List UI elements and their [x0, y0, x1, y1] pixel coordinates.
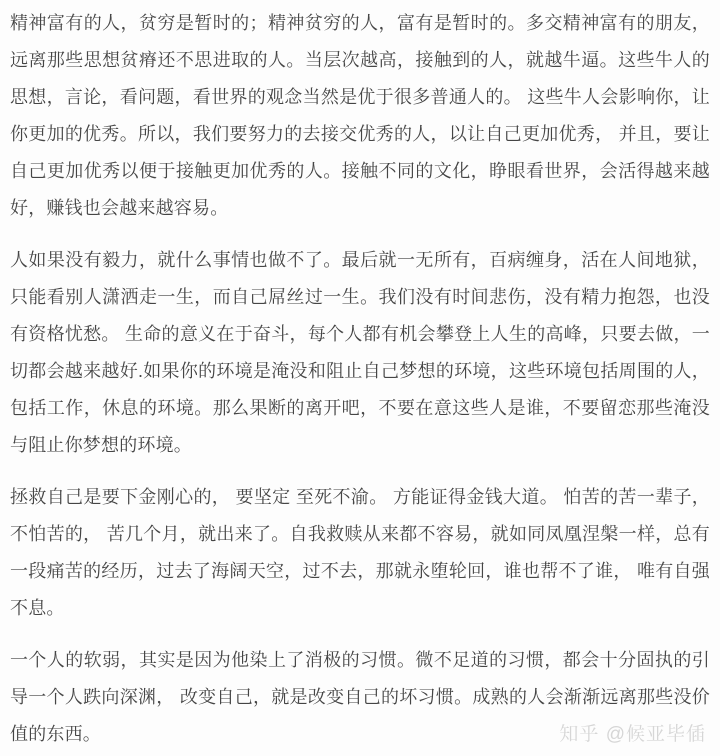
- paragraph-3: 拯救自己是要下金刚心的， 要坚定 至死不渝。 方能证得金钱大道。 怕苦的苦一辈子…: [10, 479, 710, 627]
- paragraph-1: 精神富有的人，贫穷是暂时的；精神贫穷的人，富有是暂时的。多交精神富有的朋友，远离…: [10, 5, 710, 227]
- paragraph-2: 人如果没有毅力，就什么事情也做不了。最后就一无所有，百病缠身，活在人间地狱，只能…: [10, 242, 710, 464]
- zhihu-watermark: 知乎 @候亚毕偛: [559, 719, 706, 746]
- article-body: 精神富有的人，贫穷是暂时的；精神贫穷的人，富有是暂时的。多交精神富有的朋友，远离…: [0, 0, 720, 753]
